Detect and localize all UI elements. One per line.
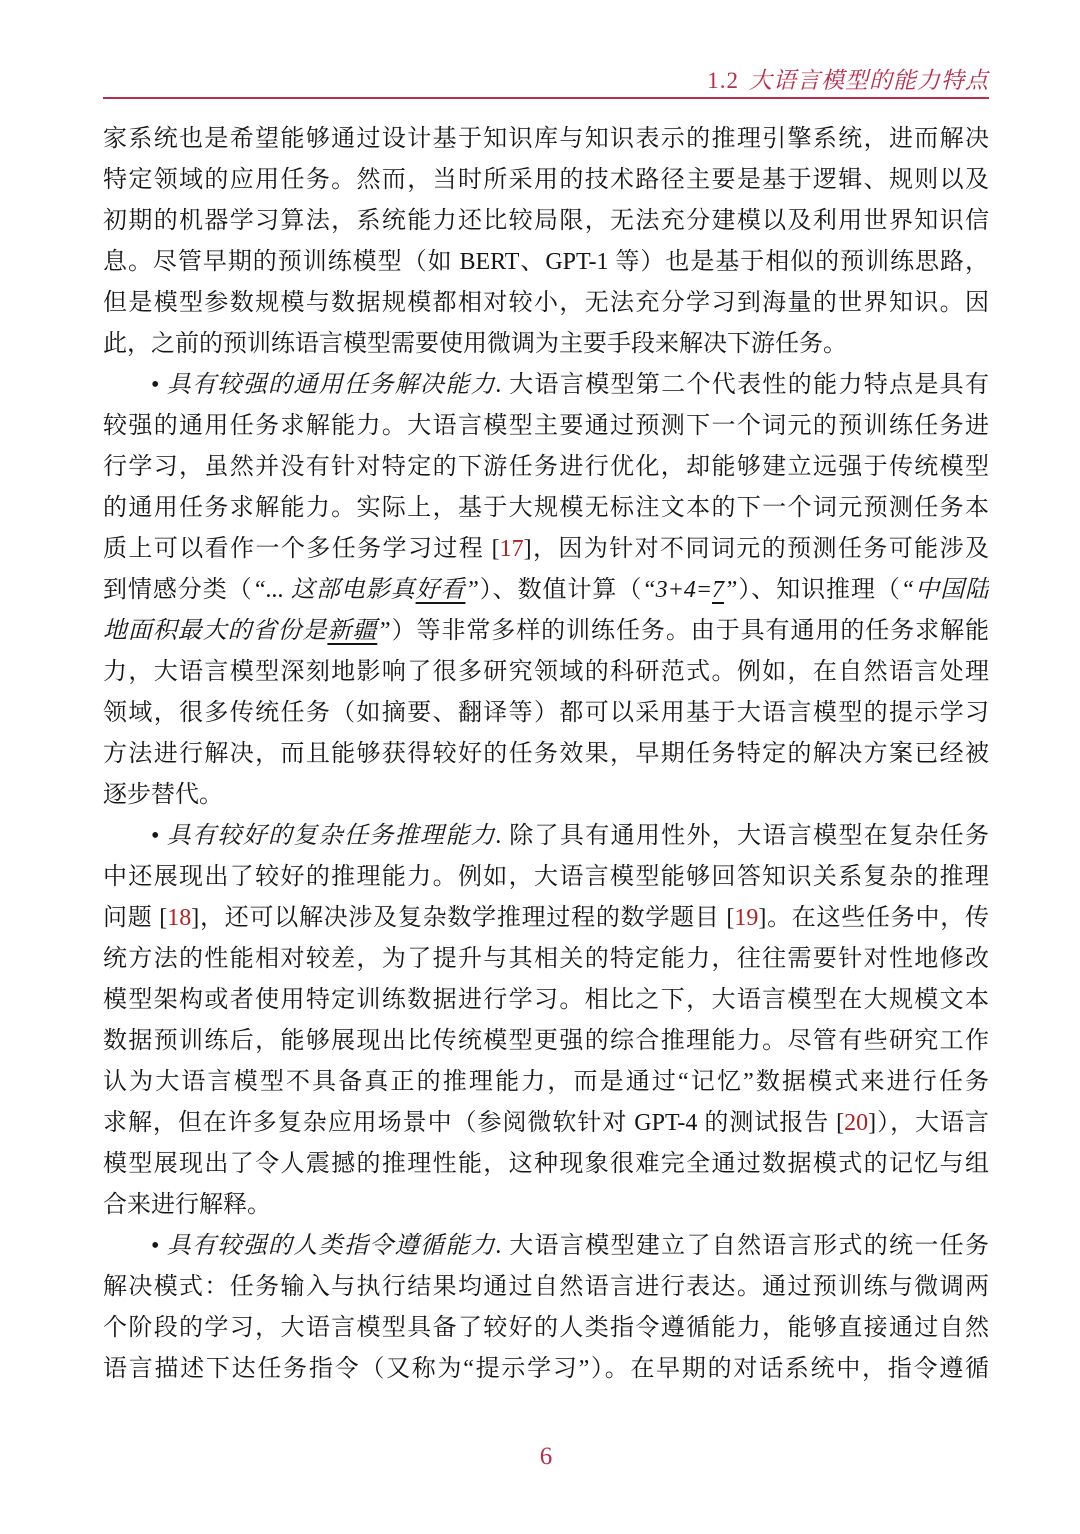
- text-line: 逐步替代。: [103, 775, 989, 816]
- text-run: 力，大语言模型深刻地影响了很多研究领域的科研范式。例如，在自然语言处理: [103, 659, 989, 685]
- text-line: 认为大语言模型不具备真正的推理能力，而是通过“记忆”数据模式来进行任务: [103, 1062, 989, 1103]
- example-quote-underlined: 好看: [416, 577, 466, 603]
- text-line: 解决模式：任务输入与执行结果均通过自然语言进行表达。通过预训练与微调两: [103, 1267, 989, 1308]
- example-quote: ”: [377, 618, 390, 644]
- text-line: 个阶段的学习，大语言模型具备了较好的人类指令遵循能力，能够直接通过自然: [103, 1308, 989, 1349]
- text-run: 解决模式：任务输入与执行结果均通过自然语言进行表达。通过预训练与微调两: [103, 1274, 989, 1300]
- example-quote-underlined: 7: [712, 577, 724, 603]
- text-line: 到情感分类（“... 这部电影真好看”）、数值计算（“3+4=7”）、知识推理（…: [103, 570, 989, 611]
- text-run: 此，之前的预训练语言模型需要使用微调为主要手段来解决下游任务。: [103, 331, 847, 357]
- text-run: 除了具有通用性外，大语言模型在复杂任务: [502, 823, 989, 849]
- text-run: 初期的机器学习算法，系统能力还比较局限，无法充分建模以及利用世界知识信: [103, 208, 989, 234]
- text-run: 行学习，虽然并没有针对特定的下游任务进行优化，却能够建立远强于传统模型: [103, 454, 989, 480]
- text-line: 此，之前的预训练语言模型需要使用微调为主要手段来解决下游任务。: [103, 324, 989, 365]
- text-line: 但是模型参数规模与数据规模都相对较小，无法充分学习到海量的世界知识。因: [103, 283, 989, 324]
- text-run: ）等非常多样的训练任务。由于具有通用的任务求解能: [391, 618, 989, 644]
- text-run: 逐步替代。: [103, 782, 223, 808]
- bullet-lead-emphasis: 具有较强的人类指令遵循能力.: [165, 1233, 502, 1259]
- text-run: 模型架构或者使用特定训练数据进行学习。相比之下，大语言模型在大规模文本: [103, 987, 989, 1013]
- bullet-marker: •: [151, 372, 159, 398]
- text-run: 大语言模型第二个代表性的能力特点是具有: [502, 372, 989, 398]
- text-run: 特定领域的应用任务。然而，当时所采用的技术路径主要是基于逻辑、规则以及: [103, 167, 989, 193]
- text-line: 语言描述下达任务指令（又称为“提示学习”）。在早期的对话系统中，指令遵循: [103, 1349, 989, 1390]
- text-line: 力，大语言模型深刻地影响了很多研究领域的科研范式。例如，在自然语言处理: [103, 652, 989, 693]
- bullet-lead-emphasis: 具有较强的通用任务解决能力.: [165, 372, 502, 398]
- text-run: ]。在这些任务中，传: [758, 905, 989, 931]
- text-run: 家系统也是希望能够通过设计基于知识库与知识表示的推理引擎系统，进而解决: [103, 126, 989, 152]
- text-run: 中还展现出了较好的推理能力。例如，大语言模型能够回答知识关系复杂的推理: [103, 864, 989, 890]
- text-line: •具有较强的人类指令遵循能力. 大语言模型建立了自然语言形式的统一任务: [103, 1226, 989, 1267]
- text-run: ]），大语言: [868, 1110, 989, 1136]
- text-run: 问题 [: [103, 905, 167, 931]
- bullet-marker: •: [151, 823, 159, 849]
- text-run: 语言描述下达任务指令（又称为“提示学习”）。在早期的对话系统中，指令遵循: [103, 1356, 989, 1382]
- text-run: 数据预训练后，能够展现出比传统模型更强的综合推理能力。尽管有些研究工作: [103, 1028, 989, 1054]
- text-run: 领域，很多传统任务（如摘要、翻译等）都可以采用基于大语言模型的提示学习: [103, 700, 989, 726]
- text-line: 求解，但在许多复杂应用场景中（参阅微软针对 GPT-4 的测试报告 [20]），…: [103, 1103, 989, 1144]
- text-run: 的通用任务求解能力。实际上，基于大规模无标注文本的下一个词元预测任务本: [103, 495, 989, 521]
- text-run: 模型展现出了令人震撼的推理性能，这种现象很难完全通过数据模式的记忆与组: [103, 1151, 989, 1177]
- text-line: 中还展现出了较好的推理能力。例如，大语言模型能够回答知识关系复杂的推理: [103, 857, 989, 898]
- citation-link[interactable]: 19: [734, 905, 758, 931]
- running-header: 1.2大语言模型的能力特点: [103, 68, 989, 94]
- text-line: 质上可以看作一个多任务学习过程 [17]，因为针对不同词元的预测任务可能涉及: [103, 529, 989, 570]
- text-run: 求解，但在许多复杂应用场景中（参阅微软针对 GPT-4 的测试报告 [: [103, 1110, 844, 1136]
- text-line: 家系统也是希望能够通过设计基于知识库与知识表示的推理引擎系统，进而解决: [103, 119, 989, 160]
- text-run: 质上可以看作一个多任务学习过程 [: [103, 536, 500, 562]
- text-line: 方法进行解决，而且能够获得较好的任务效果，早期任务特定的解决方案已经被: [103, 734, 989, 775]
- text-run: 较强的通用任务求解能力。大语言模型主要通过预测下一个词元的预训练任务进: [103, 413, 989, 439]
- text-run: 方法进行解决，而且能够获得较好的任务效果，早期任务特定的解决方案已经被: [103, 741, 989, 767]
- example-quote: ”: [465, 577, 478, 603]
- text-run: ）、知识推理（: [737, 577, 900, 603]
- text-line: 数据预训练后，能够展现出比传统模型更强的综合推理能力。尽管有些研究工作: [103, 1021, 989, 1062]
- text-run: 但是模型参数规模与数据规模都相对较小，无法充分学习到海量的世界知识。因: [103, 290, 989, 316]
- text-run: ]，因为针对不同词元的预测任务可能涉及: [524, 536, 989, 562]
- text-run: 合来进行解释。: [103, 1192, 271, 1218]
- text-line: 行学习，虽然并没有针对特定的下游任务进行优化，却能够建立远强于传统模型: [103, 447, 989, 488]
- section-number: 1.2: [707, 68, 739, 93]
- text-line: 模型架构或者使用特定训练数据进行学习。相比之下，大语言模型在大规模文本: [103, 980, 989, 1021]
- text-run: ]，还可以解决涉及复杂数学推理过程的数学题目 [: [191, 905, 734, 931]
- text-line: 初期的机器学习算法，系统能力还比较局限，无法充分建模以及利用世界知识信: [103, 201, 989, 242]
- header-rule: [103, 97, 989, 99]
- page-body: 家系统也是希望能够通过设计基于知识库与知识表示的推理引擎系统，进而解决特定领域的…: [103, 119, 989, 1390]
- example-quote: “3+4=: [642, 577, 712, 603]
- example-quote: “中国陆: [901, 577, 989, 603]
- example-quote: 地面积最大的省份是: [103, 618, 327, 644]
- example-quote-underlined: 新疆: [327, 618, 377, 644]
- text-run: 大语言模型建立了自然语言形式的统一任务: [502, 1233, 989, 1259]
- text-line: 较强的通用任务求解能力。大语言模型主要通过预测下一个词元的预训练任务进: [103, 406, 989, 447]
- text-line: 息。尽管早期的预训练模型（如 BERT、GPT-1 等）也是基于相似的预训练思路…: [103, 242, 989, 283]
- text-line: •具有较好的复杂任务推理能力. 除了具有通用性外，大语言模型在复杂任务: [103, 816, 989, 857]
- text-run: 息。尽管早期的预训练模型（如 BERT、GPT-1 等）也是基于相似的预训练思路…: [103, 249, 989, 275]
- text-run: 统方法的性能相对较差，为了提升与其相关的特定能力，往往需要针对性地修改: [103, 946, 989, 972]
- text-line: 特定领域的应用任务。然而，当时所采用的技术路径主要是基于逻辑、规则以及: [103, 160, 989, 201]
- text-line: 问题 [18]，还可以解决涉及复杂数学推理过程的数学题目 [19]。在这些任务中…: [103, 898, 989, 939]
- text-line: 统方法的性能相对较差，为了提升与其相关的特定能力，往往需要针对性地修改: [103, 939, 989, 980]
- citation-link[interactable]: 20: [844, 1110, 868, 1136]
- text-run: ）、数值计算（: [479, 577, 642, 603]
- document-page: 1.2大语言模型的能力特点 家系统也是希望能够通过设计基于知识库与知识表示的推理…: [0, 0, 1080, 1534]
- text-line: 的通用任务求解能力。实际上，基于大规模无标注文本的下一个词元预测任务本: [103, 488, 989, 529]
- citation-link[interactable]: 18: [167, 905, 191, 931]
- text-line: 地面积最大的省份是新疆”）等非常多样的训练任务。由于具有通用的任务求解能: [103, 611, 989, 652]
- citation-link[interactable]: 17: [500, 536, 524, 562]
- section-title: 大语言模型的能力特点: [749, 68, 989, 93]
- text-run: 到情感分类（: [103, 577, 253, 603]
- page-number: 6: [103, 1442, 989, 1472]
- bullet-lead-emphasis: 具有较好的复杂任务推理能力.: [165, 823, 502, 849]
- text-line: 领域，很多传统任务（如摘要、翻译等）都可以采用基于大语言模型的提示学习: [103, 693, 989, 734]
- text-run: 个阶段的学习，大语言模型具备了较好的人类指令遵循能力，能够直接通过自然: [103, 1315, 989, 1341]
- example-quote: “... 这部电影真: [253, 577, 416, 603]
- bullet-marker: •: [151, 1233, 159, 1259]
- text-line: •具有较强的通用任务解决能力. 大语言模型第二个代表性的能力特点是具有: [103, 365, 989, 406]
- text-run: 认为大语言模型不具备真正的推理能力，而是通过“记忆”数据模式来进行任务: [103, 1069, 989, 1095]
- example-quote: ”: [724, 577, 737, 603]
- text-line: 模型展现出了令人震撼的推理性能，这种现象很难完全通过数据模式的记忆与组: [103, 1144, 989, 1185]
- text-line: 合来进行解释。: [103, 1185, 989, 1226]
